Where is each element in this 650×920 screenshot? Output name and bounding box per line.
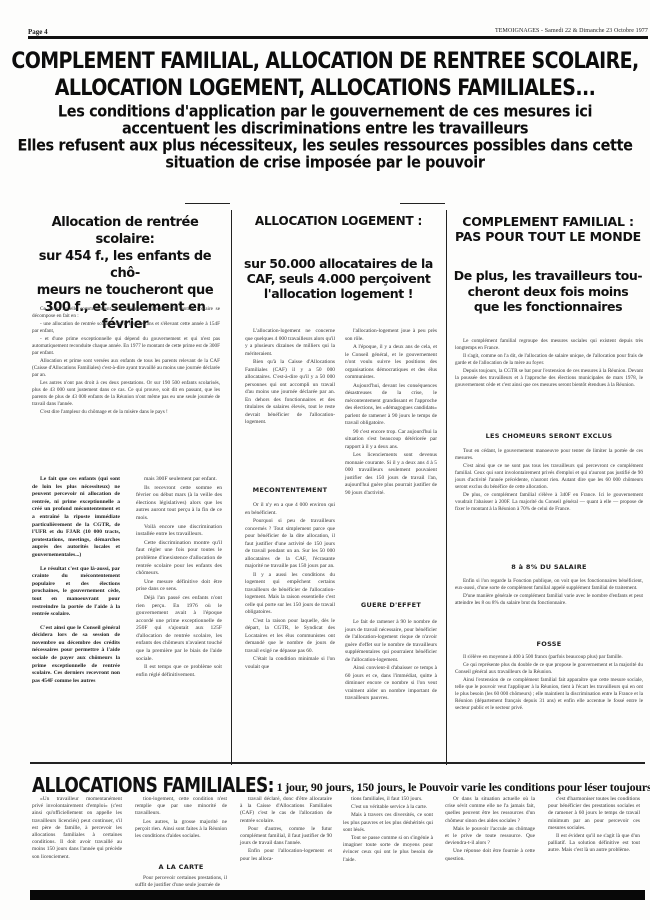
paragraph: C'est un véritable service à la carte.: [343, 804, 433, 811]
bottom-col-3: travail déclaré, donc d'être allocataire…: [240, 796, 332, 864]
center-col-b: l'allocation-logement joue à peu près so…: [345, 328, 437, 498]
paragraph: Enfin pour l'allocation-logement et pour…: [240, 848, 332, 862]
bottom-section-rule: [30, 762, 645, 764]
paragraph: A l'époque, il y a deux ans de cela, et …: [345, 344, 437, 382]
top-short-rule-right: [400, 203, 445, 204]
right-body-1: Tout en cédant, le gouvernement manoeuvr…: [455, 448, 643, 514]
right-title-line: que les fonctionnaires: [452, 299, 644, 315]
paragraph: travail déclaré, donc d'être allocataire…: [240, 796, 332, 825]
left-title-line: Allocation de rentrée scolaire:: [30, 214, 220, 248]
paragraph: Pour d'autres, comme le futur complément…: [240, 826, 332, 848]
paragraph: D'une manière générale ce complément fam…: [455, 593, 643, 607]
right-article-title: De plus, les travailleurs tou- cheront d…: [452, 268, 644, 315]
paragraph: Tout en cédant, le gouvernement manoeuvr…: [455, 448, 643, 462]
paragraph: tions familiales, il faut 150 jours.: [343, 796, 433, 803]
paragraph: mais 300F seulement par enfant.: [136, 476, 222, 484]
paragraph: C'est dire l'ampleur du chômage et de la…: [32, 409, 220, 416]
right-article-intro: Le complément familial regroupe des mesu…: [455, 338, 643, 390]
paragraph: Or dans la situation actuelle où la cris…: [445, 796, 535, 825]
paragraph: Tout se passe comme si on s'ingénie à im…: [343, 835, 433, 864]
right-body-2: Enfin si l'on regarde la Fonction publiq…: [455, 578, 643, 608]
paragraph: Les autres, la grosse majorité ne perçoi…: [135, 819, 227, 841]
bottom-col-5: Or dans la situation actuelle où la cris…: [445, 796, 535, 864]
bottom-col-4: tions familiales, il faut 150 jours. C'e…: [343, 796, 433, 865]
paragraph: Mais le pouvoir l'accule au chômage et l…: [445, 826, 535, 848]
paragraph: Les autres n'ont pas droit à ces deux pr…: [32, 380, 220, 408]
subhead-salaire: 8 à 8% DU SALAIRE: [455, 563, 643, 571]
center-title-line: CAF, seuls 4.000 perçoivent: [236, 271, 441, 286]
left-article-col-b: mais 300F seulement par enfant. Ils rece…: [136, 476, 222, 680]
paragraph: Enfin si l'on regarde la Fonction publiq…: [455, 578, 643, 592]
paragraph: De plus, ce complément familial s'élève …: [455, 492, 643, 513]
bottom-col-6: c'est d'harmoniser toutes les conditions…: [548, 796, 640, 856]
header-rule: [28, 36, 648, 39]
left-article-col-a: Le fait que ces enfants (qui sont de loi…: [32, 476, 120, 686]
bottom-title-sub: 1 jour, 90 jours, 150 jours, le Pouvoir …: [274, 780, 650, 794]
paragraph: Ce qui représente plus du double de ce q…: [455, 662, 643, 676]
right-title-line: cheront deux fois moins: [452, 284, 644, 300]
paragraph: Mais à travers ces diversités, ce sont l…: [343, 812, 433, 834]
paragraph: C'était la condition minimale si l'on vo…: [245, 656, 335, 671]
paragraph: 90 c'est encore trop. Car aujourd'hui la…: [345, 429, 437, 452]
subhead-guere-deffet: GUERE D'EFFET: [345, 601, 437, 609]
paragraph: L'allocation-logement ne concerne que qu…: [245, 328, 335, 358]
paragraph: Voilà encore une discrimination installé…: [136, 524, 222, 539]
subhead-chomeurs-exclus: LES CHOMEURS SERONT EXCLUS: [455, 432, 643, 440]
paragraph: Il est temps que ce problème soit enfin …: [136, 664, 222, 679]
paragraph: Or il n'y en a que 4 000 environ qui en …: [245, 502, 335, 517]
right-kicker-line: COMPLEMENT FAMILIAL :: [452, 214, 644, 229]
left-article-intro: Ce qu'on appelle communément à la Réunio…: [32, 306, 220, 417]
right-body-3: Il s'élève en moyenne à 400 à 500 francs…: [455, 654, 643, 713]
right-article-kicker: COMPLEMENT FAMILIAL : PAS POUR TOUT LE M…: [452, 214, 644, 244]
paragraph: Pourquoi si peu de travailleurs concerné…: [245, 518, 335, 571]
paragraph: Il est évident qu'il ne s'agit là que d'…: [548, 833, 640, 855]
right-kicker-line: PAS POUR TOUT LE MONDE: [452, 229, 644, 244]
bottom-title-main: ALLOCATIONS FAMILIALES:: [32, 774, 274, 798]
paragraph: Bien qu'à la Caisse d'Allocations Famili…: [245, 359, 335, 427]
scan-black-band: [30, 890, 645, 900]
paragraph: Le résultat c'est que là-aussi, par crai…: [32, 566, 120, 619]
left-title-line: sur 454 f., les enfants de chô-: [30, 248, 220, 282]
paragraph: - une allocation de rentrée scolaire ser…: [32, 321, 220, 335]
paragraph: Le fait que ces enfants (qui sont de loi…: [32, 476, 120, 560]
page-header: Page 4 TEMOIGNAGES - Samedi 22 & Dimanch…: [28, 28, 648, 42]
paragraph: Ainsi l'extension de ce complément famil…: [455, 677, 643, 712]
paragraph: Ce qu'on appelle communément à la Réunio…: [32, 306, 220, 320]
paragraph: Pour percevoir certaines prestations, il…: [135, 875, 227, 889]
headline-line-2: ALLOCATION LOGEMENT, ALLOCATIONS FAMILIA…: [0, 73, 650, 104]
paragraph: Depuis toujours, la CGTR se bat pour l'e…: [455, 368, 643, 389]
paragraph: Cette discrimination montre qu'il faut r…: [136, 540, 222, 578]
center-article-kicker: ALLOCATION LOGEMENT :: [236, 214, 441, 228]
paragraph: Il y a aussi les conditions du logement …: [245, 572, 335, 617]
paragraph: C'est ainsi que le Conseil général décid…: [32, 625, 120, 686]
paragraph: Déjà l'an passé ces enfants n'ont rien p…: [136, 595, 222, 663]
paragraph: Les licenciements sont devenus monnaie c…: [345, 452, 437, 497]
paragraph: Ainsi convient-il d'abaisser ce temps à …: [345, 665, 437, 703]
bottom-col-1: «Un travailleur momentanément privé invo…: [32, 796, 122, 862]
masthead-date: TEMOIGNAGES - Samedi 22 & Dimanche 23 Oc…: [495, 28, 648, 34]
bottom-col-2b: Pour percevoir certaines prestations, il…: [135, 875, 227, 890]
main-headline: COMPLEMENT FAMILIAL, ALLOCATION DE RENTR…: [0, 48, 650, 172]
paragraph: tion-logement, cette condition n'est rem…: [135, 796, 227, 818]
paragraph: Le fait de ramener à 90 le nombre de jou…: [345, 619, 437, 664]
paragraph: Aujourd'hui, devant les conséquences dés…: [345, 383, 437, 428]
deck-line-4: situation de crise imposée par le pouvoi…: [0, 154, 650, 173]
subhead-a-la-carte: A LA CARTE: [135, 863, 227, 871]
paragraph: Ils recevront cette somme en février ou …: [136, 485, 222, 523]
paragraph: Il s'élève en moyenne à 400 à 500 francs…: [455, 654, 643, 661]
center-col-b2: Le fait de ramener à 90 le nombre de jou…: [345, 619, 437, 704]
subhead-mecontentement: MECONTENTEMENT: [245, 486, 335, 494]
paragraph: Le complément familial regroupe des mesu…: [455, 338, 643, 352]
paragraph: C'est ainsi que ce ne sont pas tous les …: [455, 463, 643, 491]
paragraph: Allocation et prime sont versées aux enf…: [32, 358, 220, 379]
center-title-line: sur 50.000 allocataires de la: [236, 256, 441, 271]
paragraph: «Un travailleur momentanément privé invo…: [32, 796, 122, 861]
paragraph: Il s'agit, comme on l'a dit, de l'alloca…: [455, 353, 643, 367]
paragraph: c'est d'harmoniser toutes les conditions…: [548, 796, 640, 832]
paragraph: C'est la raison pour laquelle, dès le dé…: [245, 618, 335, 656]
paragraph: - et d'une prime exceptionnelle qui dépe…: [32, 336, 220, 357]
bottom-article-title: ALLOCATIONS FAMILIALES: 1 jour, 90 jours…: [32, 776, 650, 796]
page-number: Page 4: [28, 28, 48, 36]
center-article-title: sur 50.000 allocataires de la CAF, seuls…: [236, 256, 441, 301]
subhead-fosse: FOSSE: [455, 640, 643, 648]
center-col-a2: Or il n'y en a que 4 000 environ qui en …: [245, 502, 335, 672]
paragraph: Une mesure définitive doit être prise da…: [136, 579, 222, 594]
center-title-line: l'allocation logement !: [236, 286, 441, 301]
top-short-rule-left: [185, 203, 230, 204]
bottom-col-2: tion-logement, cette condition n'est rem…: [135, 796, 227, 841]
column-divider-left: [231, 210, 232, 765]
column-divider-right: [446, 210, 447, 765]
newspaper-page: Page 4 TEMOIGNAGES - Samedi 22 & Dimanch…: [0, 0, 650, 920]
paragraph: Une réponse doit être fournie à cette qu…: [445, 848, 535, 862]
paragraph: l'allocation-logement joue à peu près so…: [345, 328, 437, 343]
right-title-line: De plus, les travailleurs tou-: [452, 268, 644, 284]
center-col-a: L'allocation-logement ne concerne que qu…: [245, 328, 335, 428]
left-title-line: meurs ne toucheront que: [30, 282, 220, 299]
